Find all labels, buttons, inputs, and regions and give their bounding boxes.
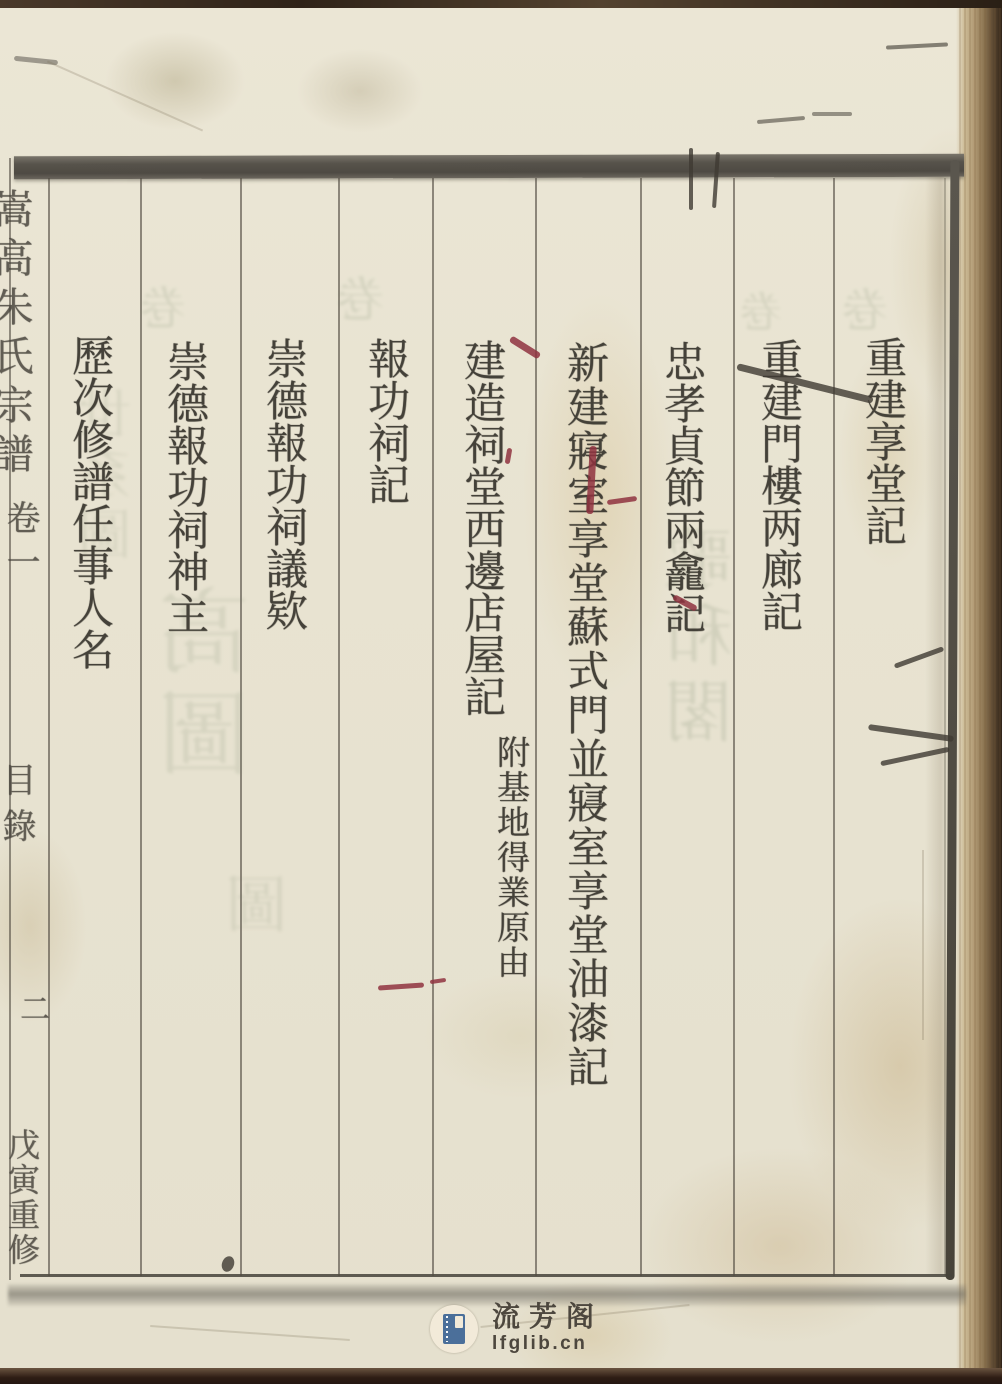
toc-entry: 重建享堂記 xyxy=(861,336,903,546)
book-icon xyxy=(443,1314,465,1344)
watermark-name: 流芳阁 xyxy=(492,1303,603,1332)
bleed-through-text: 卷 xyxy=(144,284,190,330)
toc-entry: 忠孝貞節兩龕記 xyxy=(660,340,702,634)
watermark: 流芳阁 lfglib.cn xyxy=(430,1303,603,1355)
toc-entry-note: 附基地得業原由 xyxy=(493,735,526,980)
spine-volume: 卷一 xyxy=(2,500,36,588)
column-rule xyxy=(640,178,642,1276)
page-stack-edge xyxy=(956,0,1002,1384)
watermark-url: lfglib.cn xyxy=(492,1334,603,1355)
spine-section: 目錄 xyxy=(0,762,32,854)
watermark-badge xyxy=(430,1305,478,1353)
column-rule xyxy=(48,178,50,1276)
spine-title: 嵩高朱氏宗譜 xyxy=(0,188,30,482)
photo-bottom-edge xyxy=(0,1368,1002,1384)
photo-top-edge xyxy=(0,0,1002,8)
bleed-through-text: 卷 xyxy=(342,274,390,322)
spine-edition-mark: 戊寅重修 xyxy=(6,1128,38,1268)
bleed-through-text: 卷 xyxy=(846,286,892,332)
frame-top-border xyxy=(14,154,964,179)
toc-entry: 歷次修譜任事人名 xyxy=(68,334,110,670)
column-rule xyxy=(833,178,835,1276)
ink-smudge xyxy=(812,112,852,116)
frame-bottom-border xyxy=(20,1274,952,1277)
watermark-text: 流芳阁 lfglib.cn xyxy=(492,1303,603,1355)
column-rule xyxy=(140,178,142,1276)
toc-entry: 崇德報功祠神主 xyxy=(163,340,205,634)
bleed-through-text: 卷 xyxy=(744,290,786,332)
toc-entry: 崇德報功祠議欵 xyxy=(262,337,304,631)
column-rule xyxy=(432,178,434,1276)
toc-entry: 報功祠記 xyxy=(364,337,406,505)
page-number: 二 xyxy=(16,993,46,1023)
bleed-through-text: 圖 xyxy=(232,872,294,934)
ink-smudge xyxy=(689,148,693,210)
column-rule xyxy=(944,178,946,1276)
toc-entry: 建造祠堂西邊店屋記 xyxy=(460,339,502,717)
column-rule xyxy=(338,178,340,1276)
toc-entry: 新建寢室享堂蘇式門並寢室享堂油漆記 xyxy=(563,341,605,1089)
paper-crease xyxy=(922,850,924,1040)
column-rule xyxy=(535,178,537,1276)
